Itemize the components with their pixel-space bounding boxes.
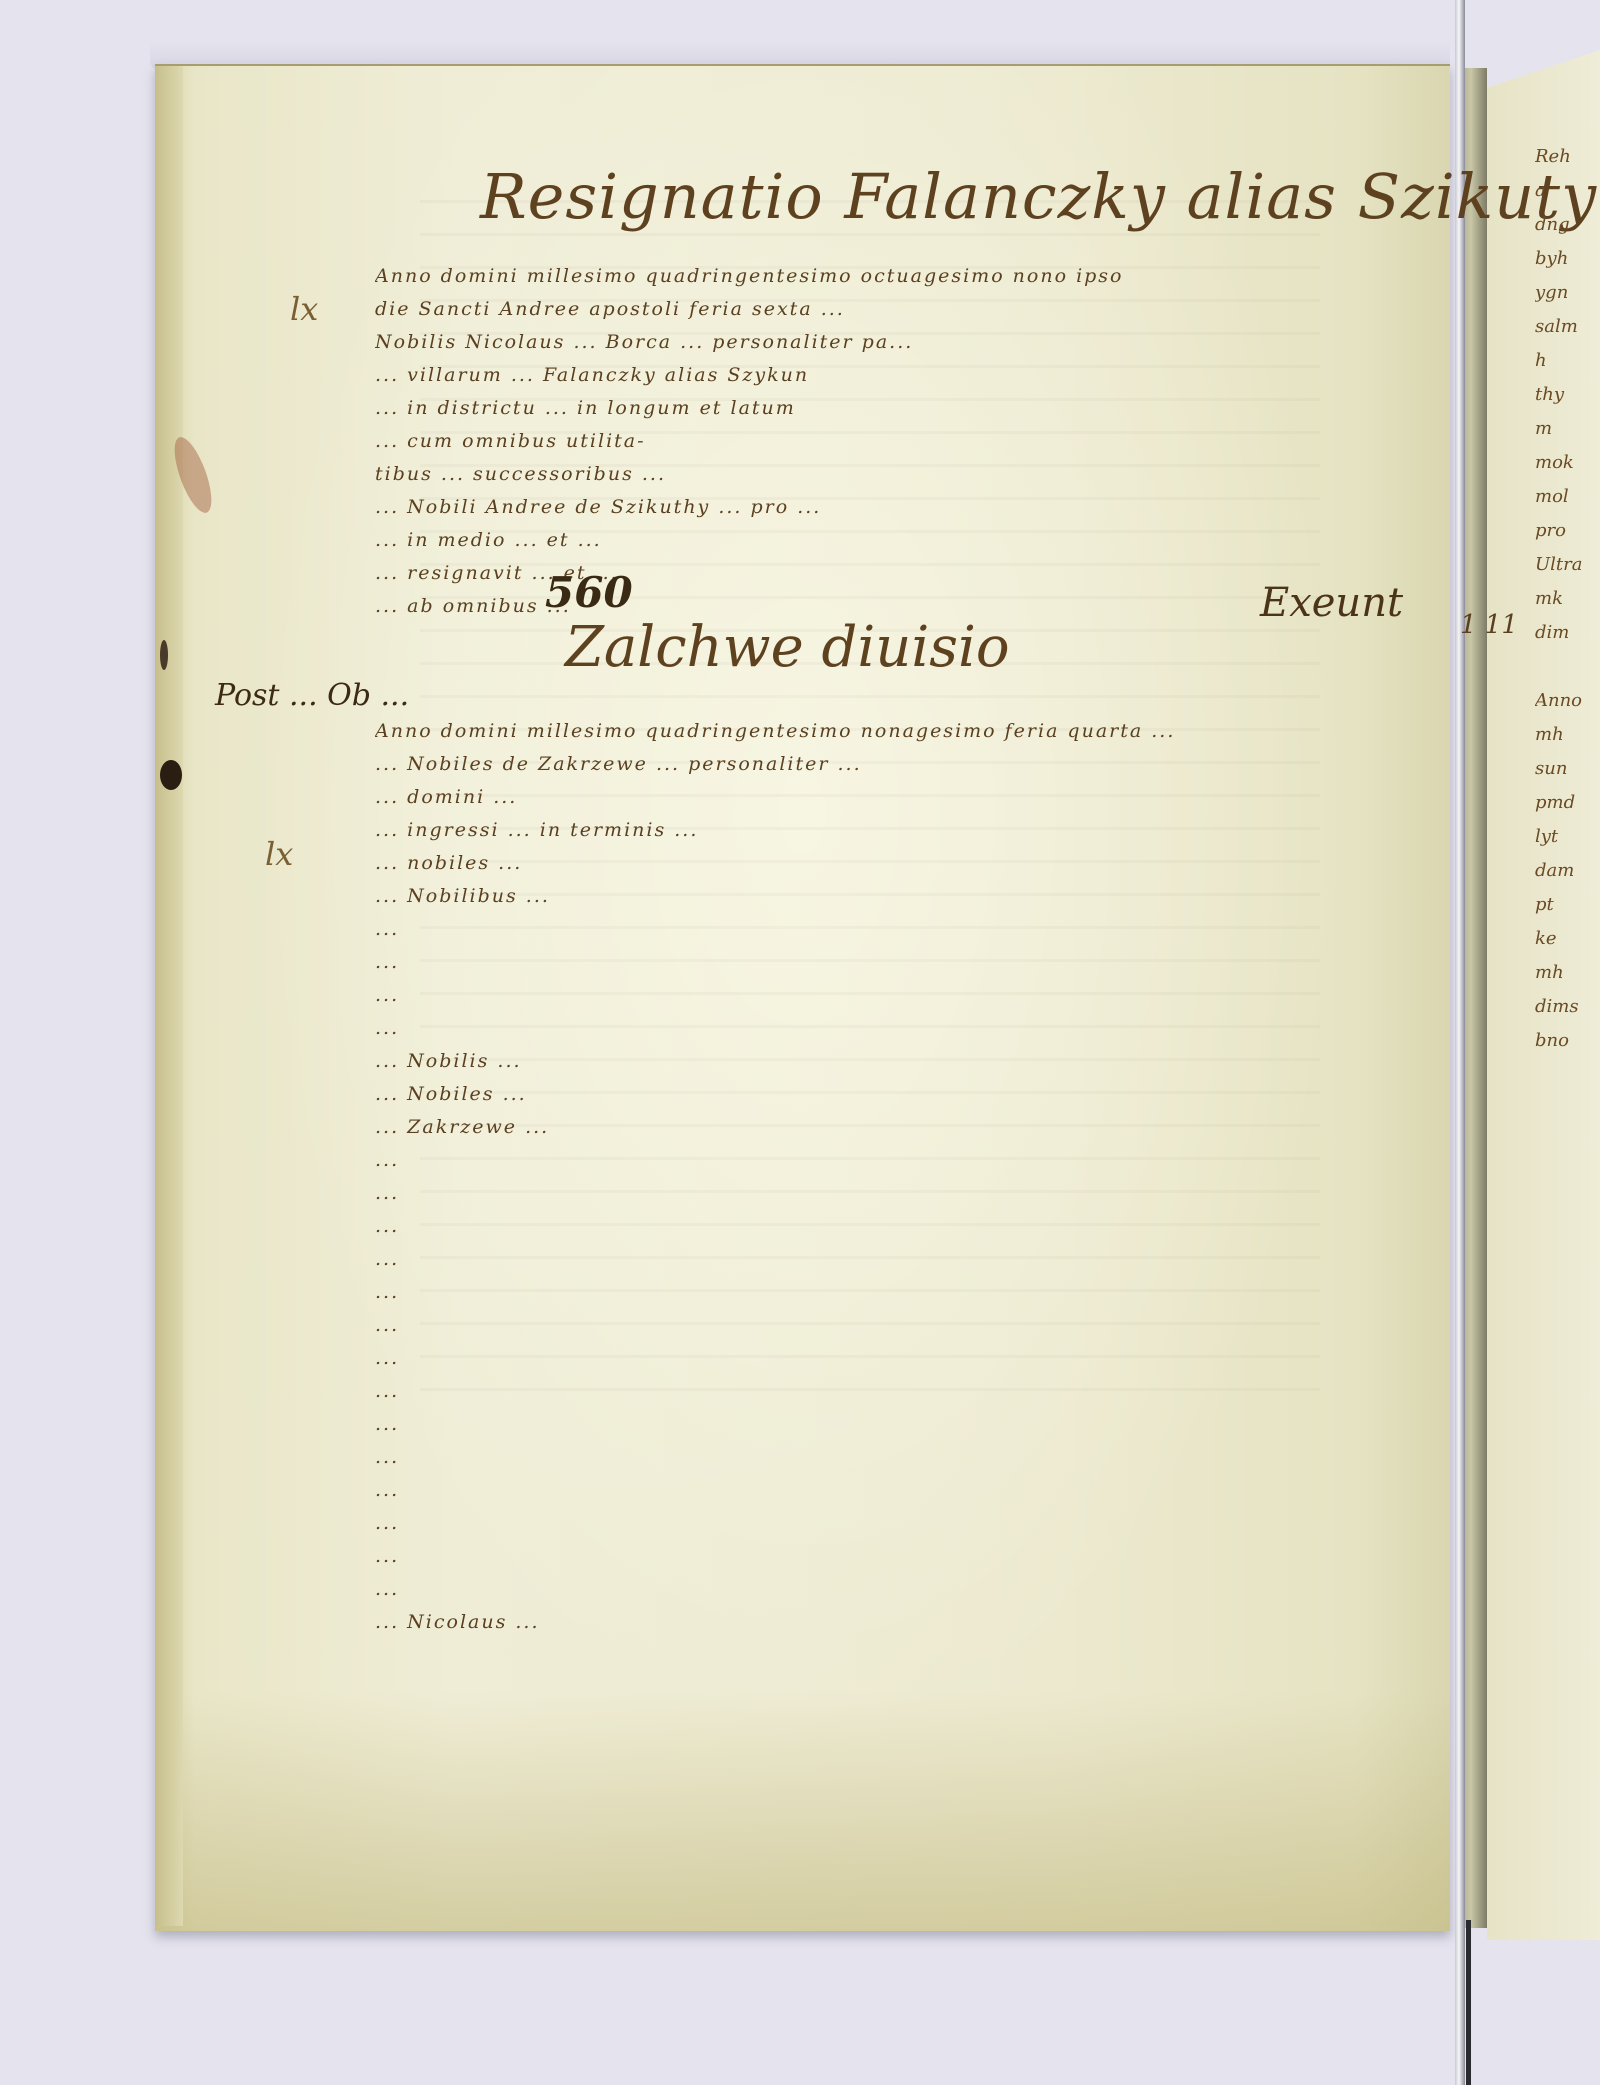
text-line: ... <box>375 1540 1395 1573</box>
clamp-shadow <box>1466 1920 1471 2085</box>
text-line: tibus ... successoribus ... <box>375 458 1395 491</box>
text-line: ke <box>1535 922 1600 956</box>
text-line: ... <box>375 1144 1395 1177</box>
text-line: ... <box>375 1309 1395 1342</box>
text-line: Anno <box>1535 684 1600 718</box>
entry-1-text: Anno domini millesimo quadringentesimo o… <box>375 260 1395 623</box>
entry-heading-resignatio: Resignatio Falanczky alias Szikuty <box>480 160 1597 233</box>
text-line: m <box>1535 412 1600 446</box>
text-line: ... Nobilis ... <box>375 1045 1395 1078</box>
glass-clamp-bar <box>1455 0 1465 2085</box>
text-line: ... cum omnibus utilita- <box>375 425 1395 458</box>
text-line: bno <box>1535 1024 1600 1058</box>
text-line: Anno domini millesimo quadringentesimo n… <box>375 715 1395 748</box>
text-line: ... in medio ... et ... <box>375 524 1395 557</box>
text-line: byh <box>1535 242 1600 276</box>
text-line: mol <box>1535 480 1600 514</box>
text-line <box>1535 650 1600 684</box>
text-line: Ultra <box>1535 548 1600 582</box>
text-line: ... <box>375 1342 1395 1375</box>
text-line: lyt <box>1535 820 1600 854</box>
text-line: ... <box>375 1177 1395 1210</box>
entry-heading-diuisio: Zalchwe diuisio <box>565 615 1010 680</box>
text-line: pro <box>1535 514 1600 548</box>
text-line: ... Zakrzewe ... <box>375 1111 1395 1144</box>
text-line: ... <box>375 1408 1395 1441</box>
text-line: dims <box>1535 990 1600 1024</box>
text-line: ... villarum ... Falanczky alias Szykun <box>375 359 1395 392</box>
text-line: pt <box>1535 888 1600 922</box>
margin-note-lx: lx <box>290 290 318 328</box>
text-line: ... <box>375 913 1395 946</box>
amount-560: 560 <box>545 568 633 617</box>
margin-note-lx-2: lx <box>265 835 293 873</box>
text-line: a <box>1535 174 1600 208</box>
text-line: pmd <box>1535 786 1600 820</box>
text-line: ... <box>375 1012 1395 1045</box>
text-line: die Sancti Andree apostoli feria sexta .… <box>375 293 1395 326</box>
text-line: ... <box>375 1474 1395 1507</box>
text-line: ... <box>375 979 1395 1012</box>
text-line: ygn <box>1535 276 1600 310</box>
text-line: h <box>1535 344 1600 378</box>
text-line: ... ingressi ... in terminis ... <box>375 814 1395 847</box>
text-line: dam <box>1535 854 1600 888</box>
text-line: ... Nobilibus ... <box>375 880 1395 913</box>
text-line: ... in districtu ... in longum et latum <box>375 392 1395 425</box>
text-line: salm <box>1535 310 1600 344</box>
binding-mark <box>160 640 168 670</box>
text-line: dng <box>1535 208 1600 242</box>
binding-hole <box>160 760 182 790</box>
right-page-text: Reh a dng byh ygn salm h thy m mok mol p… <box>1535 140 1600 1058</box>
right-page-margin-mark: 1 11 <box>1460 610 1518 640</box>
text-line: ... <box>375 1276 1395 1309</box>
text-line: Reh <box>1535 140 1600 174</box>
page-edge <box>155 66 183 1926</box>
text-line: ... Nobiles de Zakrzewe ... personaliter… <box>375 748 1395 781</box>
text-line: ... Nobili Andree de Szikuthy ... pro ..… <box>375 491 1395 524</box>
text-line: ... <box>375 1573 1395 1606</box>
text-line: Nobilis Nicolaus ... Borca ... personali… <box>375 326 1395 359</box>
text-line: Anno domini millesimo quadringentesimo o… <box>375 260 1395 293</box>
text-line: mh <box>1535 718 1600 752</box>
entry-2-text: Anno domini millesimo quadringentesimo n… <box>375 715 1395 1639</box>
text-line: sun <box>1535 752 1600 786</box>
text-line: ... resignavit ... et ... <box>375 557 1395 590</box>
text-line: ... <box>375 946 1395 979</box>
text-line: ... <box>375 1375 1395 1408</box>
text-line: ... <box>375 1210 1395 1243</box>
text-line: ... nobiles ... <box>375 847 1395 880</box>
text-line: mok <box>1535 446 1600 480</box>
text-line: ... domini ... <box>375 781 1395 814</box>
text-line: ... <box>375 1441 1395 1474</box>
margin-note-post: Post ... Ob ... <box>215 680 409 712</box>
text-line: ... Nobiles ... <box>375 1078 1395 1111</box>
text-line: dim <box>1535 616 1600 650</box>
note-exeunt: Exeunt <box>1260 580 1403 626</box>
text-line: mk <box>1535 582 1600 616</box>
text-line: ... <box>375 1243 1395 1276</box>
text-line: thy <box>1535 378 1600 412</box>
text-line: ... <box>375 1507 1395 1540</box>
text-line: mh <box>1535 956 1600 990</box>
text-line: ... Nicolaus ... <box>375 1606 1395 1639</box>
